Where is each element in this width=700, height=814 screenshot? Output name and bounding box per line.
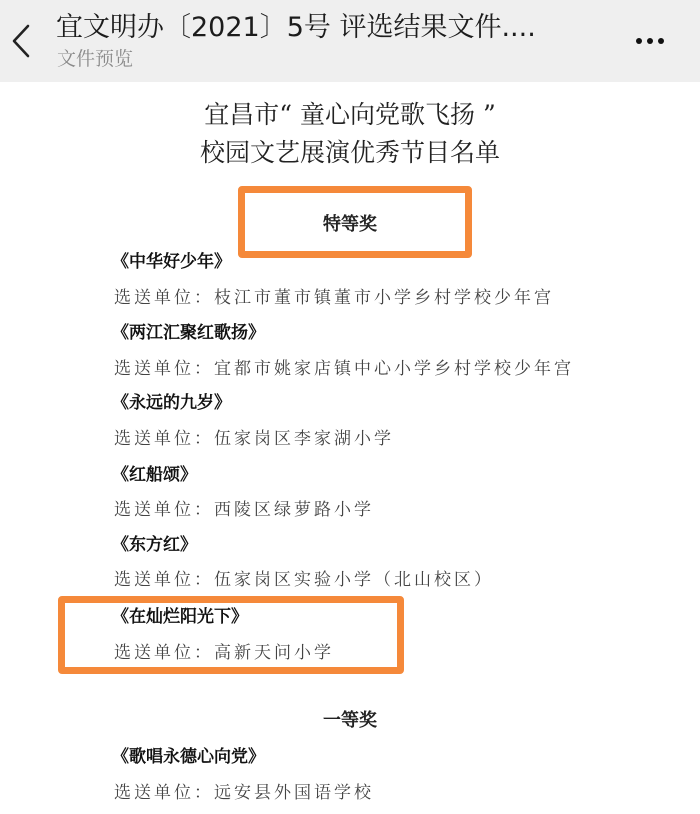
program-title: 《东方红》 <box>112 533 197 557</box>
submitting-unit: 选送单位：远安县外国语学校 <box>114 781 374 805</box>
more-horizontal-icon <box>658 38 664 44</box>
submitting-unit: 选送单位：伍家岗区实验小学（北山校区） <box>114 568 494 592</box>
program-title: 《红船颂》 <box>112 463 197 487</box>
document-preview[interactable]: 宜昌市“ 童心向党歌飞扬 ” 校园文艺展演优秀节目名单 特等奖 《中华好少年》 … <box>0 82 700 814</box>
top-app-bar: 宜文明办〔2021〕5号 评选结果文件.... 文件预览 <box>0 0 700 82</box>
more-horizontal-icon <box>647 38 653 44</box>
highlight-box-special-award <box>238 186 472 258</box>
submitting-unit: 选送单位：伍家岗区李家湖小学 <box>114 427 394 451</box>
program-title: 《中华好少年》 <box>112 250 231 274</box>
submitting-unit: 选送单位：枝江市董市镇董市小学乡村学校少年宫 <box>114 286 554 310</box>
submitting-unit: 选送单位：西陵区绿萝路小学 <box>114 498 374 522</box>
submitting-unit: 选送单位：宜都市姚家店镇中心小学乡村学校少年宫 <box>114 357 574 381</box>
file-preview-label: 文件预览 <box>57 46 133 72</box>
document-title-line1: 宜昌市“ 童心向党歌飞扬 ” <box>0 98 700 132</box>
program-title: 《永远的九岁》 <box>112 391 231 415</box>
back-button[interactable] <box>4 16 38 66</box>
more-options-button[interactable] <box>628 24 672 58</box>
program-title: 《两江汇聚红歌扬》 <box>112 321 265 345</box>
highlight-box-entry <box>58 596 404 674</box>
chevron-left-icon <box>11 23 31 59</box>
document-title-line2: 校园文艺展演优秀节目名单 <box>0 136 700 170</box>
program-title: 《歌唱永德心向党》 <box>112 745 265 769</box>
more-horizontal-icon <box>636 38 642 44</box>
award-heading-first: 一等奖 <box>0 708 700 734</box>
file-title: 宜文明办〔2021〕5号 评选结果文件.... <box>56 10 596 46</box>
